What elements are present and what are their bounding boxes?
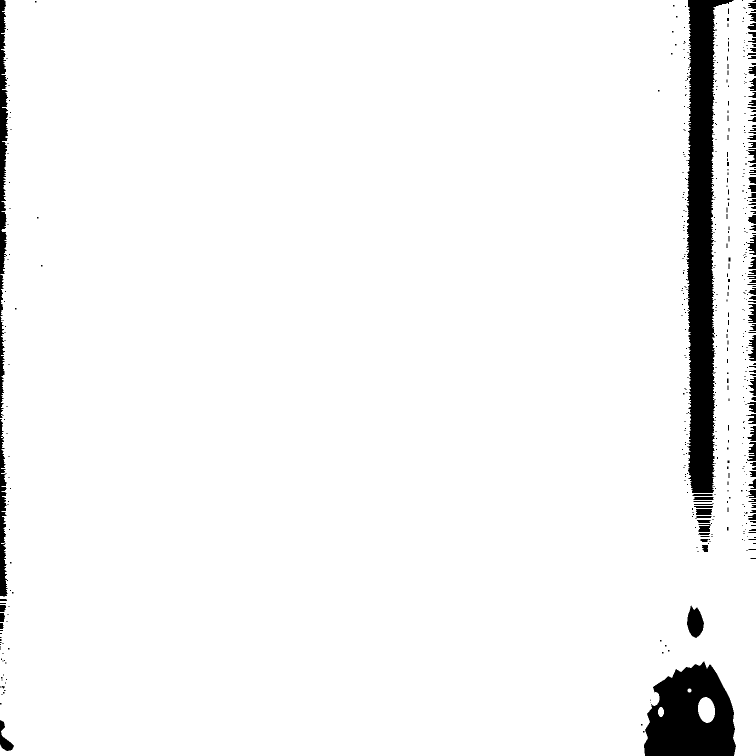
stray-specks bbox=[0, 1, 747, 732]
scanned-page bbox=[0, 0, 756, 756]
right-spine-shadow-artifact bbox=[681, 0, 733, 552]
ink-blot-small bbox=[687, 605, 704, 638]
ink-blot-large bbox=[644, 661, 736, 756]
left-edge-shadow-artifact bbox=[0, 0, 11, 695]
right-page-edge-artifact bbox=[742, 0, 756, 559]
gutter-dashed-line-artifact bbox=[727, 0, 731, 531]
bottom-left-corner-blob bbox=[0, 720, 14, 751]
scan-artifacts-canvas bbox=[0, 0, 756, 756]
